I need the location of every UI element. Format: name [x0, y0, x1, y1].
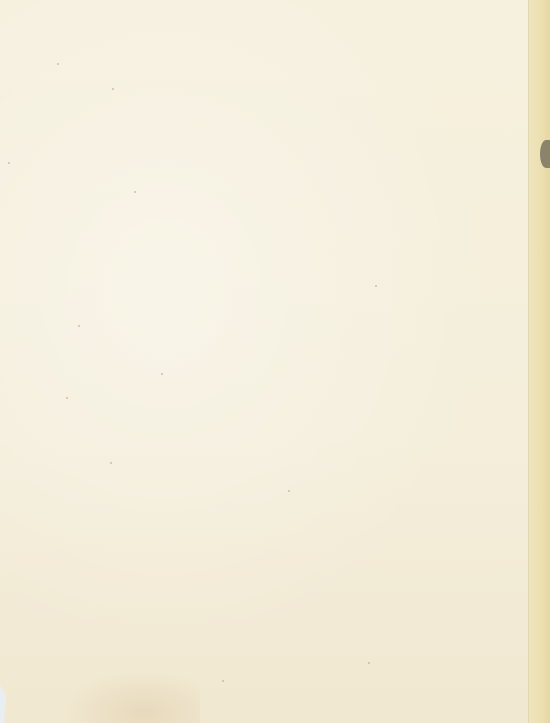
paper-speck	[288, 490, 290, 492]
blank-paper-page	[0, 0, 550, 723]
paper-speck	[78, 325, 80, 327]
binding-mark	[540, 140, 550, 168]
paper-speck	[57, 63, 59, 65]
paper-speck	[112, 88, 114, 90]
paper-speck	[375, 285, 377, 287]
torn-corner	[0, 685, 10, 723]
paper-speck	[368, 662, 370, 664]
paper-speck	[8, 162, 10, 164]
paper-speck	[134, 191, 136, 193]
paper-speck	[66, 397, 68, 399]
paper-speck	[161, 373, 163, 375]
paper-stain	[60, 670, 200, 723]
paper-speck	[110, 462, 112, 464]
page-edge-strip	[528, 0, 550, 723]
paper-speck	[222, 680, 224, 682]
